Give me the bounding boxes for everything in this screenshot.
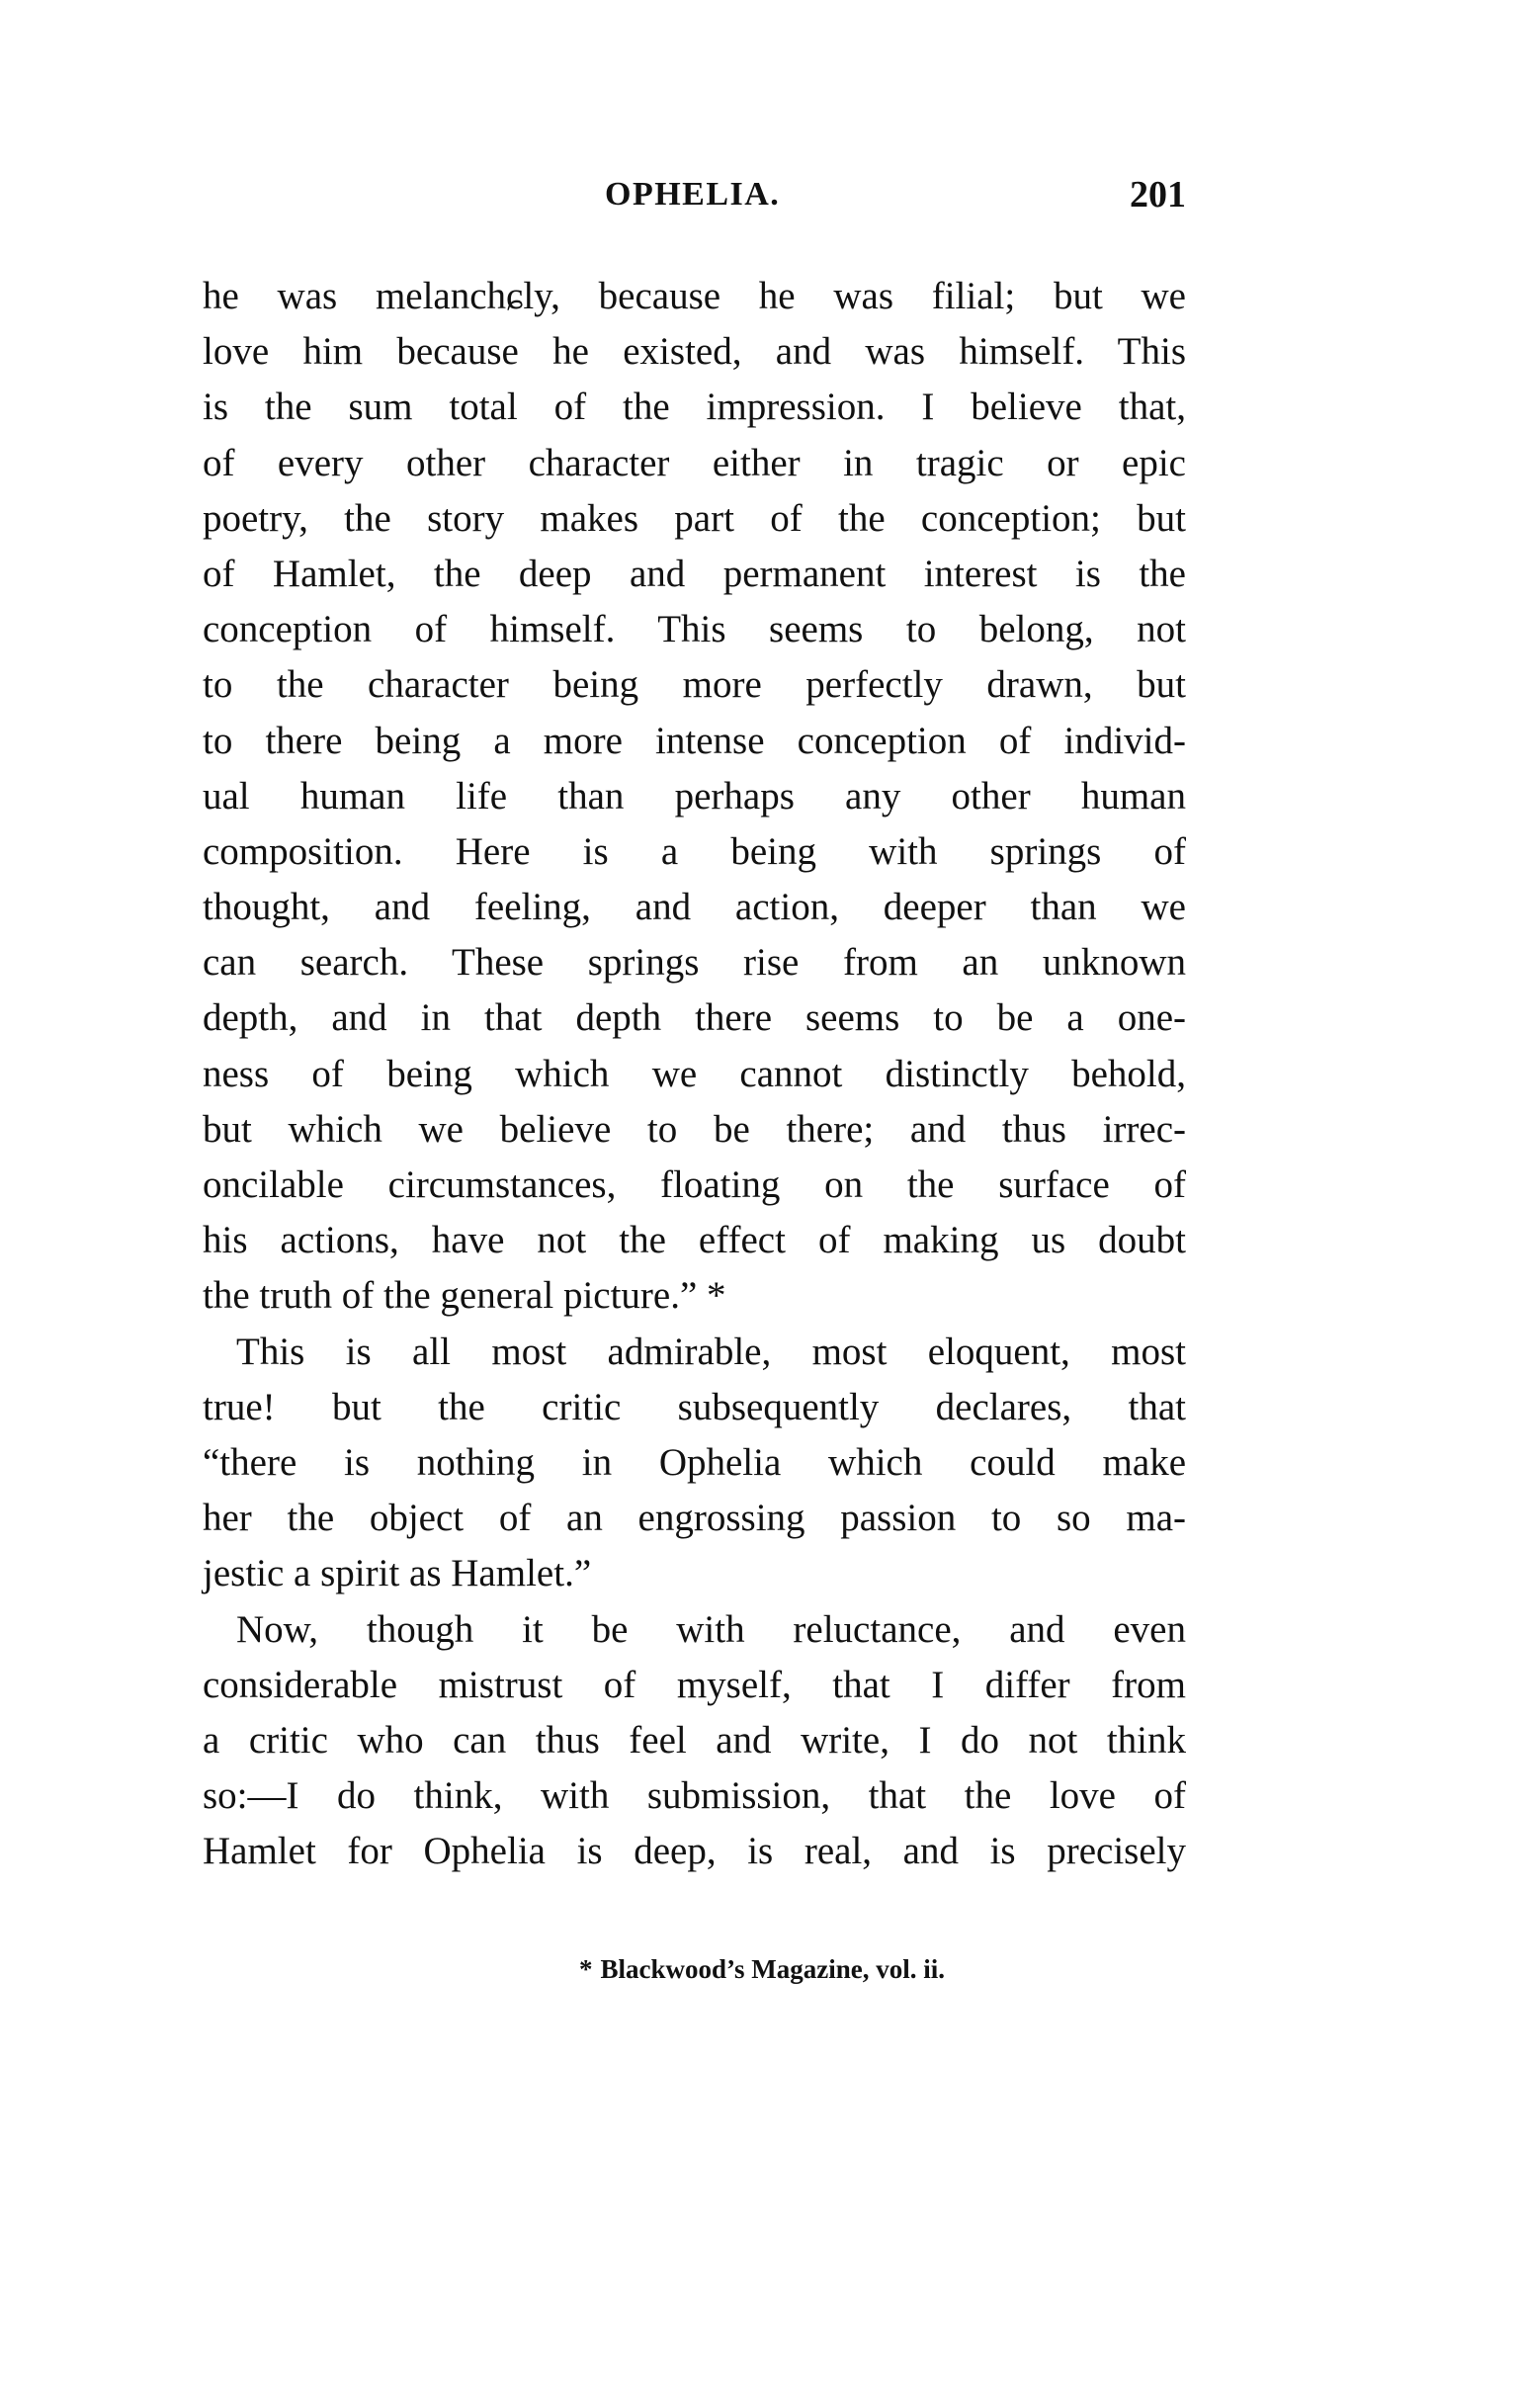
text-line: jestic a spirit as Hamlet.”	[203, 1546, 1186, 1601]
running-title: OPHELIA.	[605, 170, 780, 219]
text-line: to the character being more perfectly dr…	[203, 657, 1186, 713]
text-line: “there is nothing in Ophelia which could…	[203, 1435, 1186, 1491]
text-line: of Hamlet, the deep and permanent intere…	[203, 547, 1186, 602]
text-line: Now, though it be with reluctance, and e…	[203, 1602, 1186, 1658]
text-line: but which we believe to be there; and th…	[203, 1102, 1186, 1158]
footnote: *Blackwood’s Magazine, vol. ii.	[0, 1949, 1524, 1989]
text-line: can search. These springs rise from an u…	[203, 935, 1186, 990]
text-line: ness of being which we cannot distinctly…	[203, 1047, 1186, 1102]
text-line: love him because he existed, and was him…	[203, 324, 1186, 380]
text-line: of every other character either in tragi…	[203, 436, 1186, 491]
text-line: is the sum total of the impression. I be…	[203, 380, 1186, 435]
footnote-mark: *	[579, 1954, 593, 1984]
text-line: poetry, the story makes part of the conc…	[203, 491, 1186, 547]
text-line: a critic who can thus feel and write, I …	[203, 1713, 1186, 1768]
text-line: This is all most admirable, most eloquen…	[203, 1325, 1186, 1380]
text-line: thought, and feeling, and action, deeper…	[203, 880, 1186, 935]
page-number: 201	[1130, 170, 1186, 219]
paragraph-2: This is all most admirable, most eloquen…	[203, 1325, 1186, 1602]
text-line: to there being a more intense conception…	[203, 714, 1186, 769]
text-line: he was melanchɕly, because he was filial…	[203, 269, 1186, 324]
text-line: conception of himself. This seems to bel…	[203, 602, 1186, 657]
paragraph-3: Now, though it be with reluctance, and e…	[203, 1602, 1186, 1880]
footnote-text: Blackwood’s Magazine, vol. ii.	[601, 1954, 946, 1984]
text-line: composition. Here is a being with spring…	[203, 824, 1186, 880]
text-line: ual human life than perhaps any other hu…	[203, 769, 1186, 824]
text-line: true! but the critic subsequently declar…	[203, 1380, 1186, 1435]
text-line: oncilable circumstances, floating on the…	[203, 1158, 1186, 1213]
text-line: considerable mistrust of myself, that I …	[203, 1658, 1186, 1713]
text-line: Hamlet for Ophelia is deep, is real, and…	[203, 1824, 1186, 1879]
text-line-footnote-ref: the truth of the general picture.” *	[203, 1268, 1186, 1324]
text-line: his actions, have not the effect of maki…	[203, 1213, 1186, 1268]
body-text: he was melanchɕly, because he was filial…	[203, 269, 1186, 1879]
text-line: depth, and in that depth there seems to …	[203, 990, 1186, 1046]
page-header: OPHELIA. 201	[203, 170, 1186, 219]
text-line: her the object of an engrossing passion …	[203, 1491, 1186, 1546]
text-line: so:—I do think, with submission, that th…	[203, 1768, 1186, 1824]
paragraph-1: he was melanchɕly, because he was filial…	[203, 269, 1186, 1325]
